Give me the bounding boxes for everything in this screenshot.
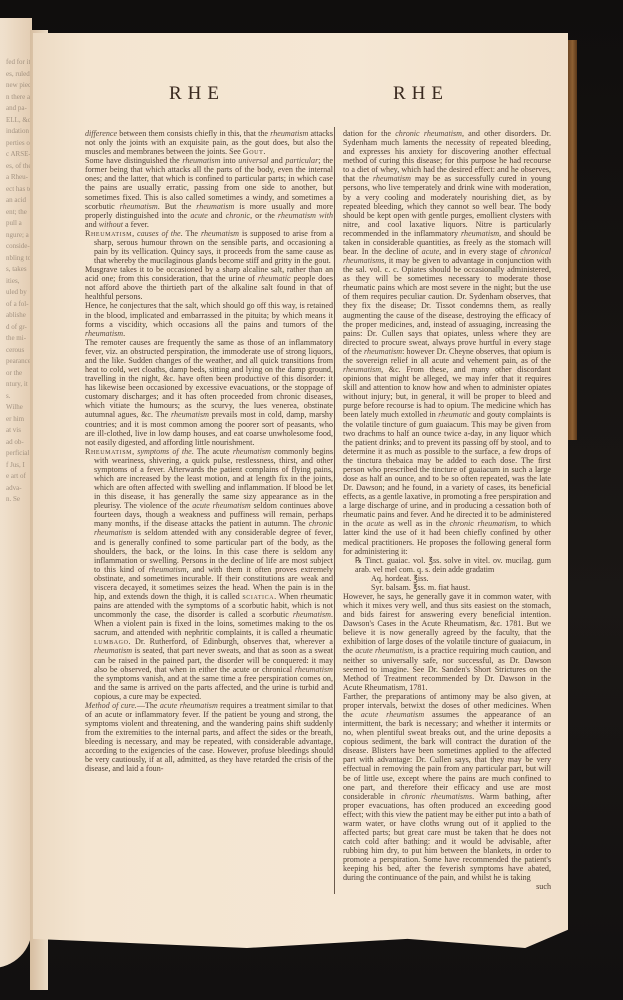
facing-page-fragment: d of gr-	[6, 323, 32, 331]
facing-page-fragment: a Rheu-	[6, 173, 32, 181]
facing-page-fragment: er him	[6, 415, 32, 423]
running-head-right: RHE	[393, 83, 449, 105]
facing-page-fragment: es, ruled	[6, 70, 32, 78]
left-text-column: difference between them consists chiefly…	[85, 129, 333, 774]
facing-page-fragment: f Jus, I	[6, 461, 32, 469]
facing-page-fragment: indation of	[6, 127, 32, 135]
right-column-paragraph: dation for the chronic rheumatism, and o…	[343, 129, 551, 556]
right-column-paragraph: Syr. balsam. ℥ss. m. fiat haust.	[343, 583, 551, 592]
facing-page-fragment: or the	[6, 369, 32, 377]
facing-page-fragment: ect has to	[6, 185, 32, 193]
facing-page-fragment: pull a	[6, 219, 32, 227]
column-rule	[334, 127, 335, 894]
facing-page-fragment: Wilhe	[6, 403, 32, 411]
facing-page-fragment: adva-	[6, 484, 32, 492]
book-binding-edge	[568, 40, 577, 440]
facing-page-fragment: es, of the	[6, 162, 32, 170]
left-column-paragraph: Some have distinguished the rheumatism i…	[85, 156, 333, 229]
facing-page-fragment: ent; the	[6, 208, 32, 216]
right-column-paragraph: such	[343, 882, 551, 891]
right-text-column: dation for the chronic rheumatism, and o…	[343, 129, 551, 892]
facing-page-fragment: s.	[6, 392, 32, 400]
facing-page-fragment: at vis	[6, 426, 32, 434]
facing-page-fragment: ntury, it	[6, 380, 32, 388]
right-column-paragraph: However, he says, he generally gave it i…	[343, 592, 551, 692]
facing-page-fragment: conside-	[6, 242, 32, 250]
facing-page-fragment: uled by	[6, 288, 32, 296]
facing-page-fragment: the mi-	[6, 334, 32, 342]
facing-page-fragment: an acid	[6, 196, 32, 204]
facing-page-fragment: nbling to	[6, 254, 32, 262]
left-column-paragraph: difference between them consists chiefly…	[85, 129, 333, 156]
facing-page-fragment: new piece,	[6, 81, 32, 89]
left-column-paragraph: Hence, he conjectures that the salt, whi…	[85, 301, 333, 337]
facing-page-fragment: n there a	[6, 93, 32, 101]
left-column-paragraph: Method of cure.—The acute rheumatism req…	[85, 701, 333, 774]
facing-page-fragment: n. Se	[6, 495, 32, 503]
left-column-paragraph: Musgrave takes it to be occasioned by a …	[85, 265, 333, 301]
facing-page-fragment: e art of	[6, 472, 32, 480]
left-column-paragraph: The remoter causes are frequently the sa…	[85, 338, 333, 447]
facing-page-fragment: s, takes	[6, 265, 32, 273]
facing-page-fragment: and pa-	[6, 104, 32, 112]
right-column-paragraph: Farther, the preparations of antimony ma…	[343, 692, 551, 883]
facing-page-fragment: pearance	[6, 357, 32, 365]
facing-page-fragment: of a fol-	[6, 300, 32, 308]
facing-page-fragment: ngure; a	[6, 231, 32, 239]
right-column-paragraph: ℞ Tinct. guaiac. vol. ℥ss. solve in vite…	[343, 556, 551, 574]
right-column-paragraph: Aq. hordeat. ℥iss.	[343, 574, 551, 583]
facing-page-fragment: ad ob-	[6, 438, 32, 446]
facing-page-fragment: c ARSE-	[6, 150, 32, 158]
facing-page-fragment: fed for it	[6, 58, 32, 66]
facing-page-fragment: ities,	[6, 277, 32, 285]
facing-page-fragment: ELL, &c.	[6, 116, 32, 124]
running-head-left: RHE	[169, 83, 225, 105]
facing-page-fragment: perties of	[6, 139, 32, 147]
facing-page-fragment: perficial	[6, 449, 32, 457]
facing-page-fragment: cerous	[6, 346, 32, 354]
left-column-paragraph: Rheumatism, symptoms of the. The acute r…	[85, 447, 333, 701]
facing-page-edge: fed for ites, rulednew piece,n there aan…	[0, 18, 32, 968]
left-column-paragraph: Rheumatism, causes of the. The rheumatis…	[85, 229, 333, 265]
book-page: RHE RHE difference between them consists…	[33, 33, 568, 948]
facing-page-fragment: ablishe	[6, 311, 32, 319]
